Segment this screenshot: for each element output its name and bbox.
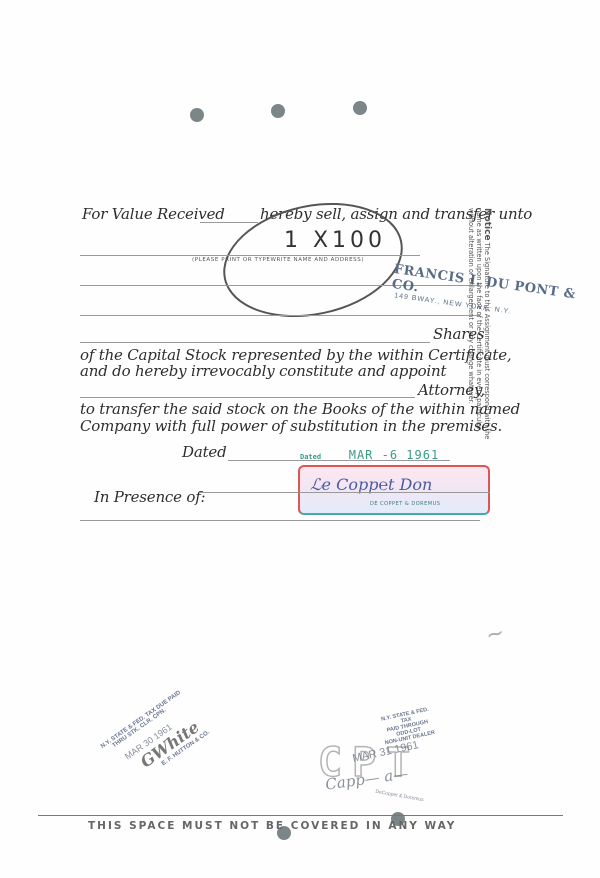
punch-hole xyxy=(190,108,204,122)
signature-guarantee-stamp: ℒe Copp℮t Don DE COPPET & DOREMUS xyxy=(298,465,490,515)
print-caption: (PLEASE PRINT OR TYPEWRITE NAME AND ADDR… xyxy=(192,257,364,263)
attorney-line xyxy=(80,397,415,398)
date-stamp-prefix: Dated xyxy=(300,453,321,461)
date-stamp: Dated MAR -6 1961 xyxy=(300,444,439,463)
in-presence-label: In Presence of: xyxy=(94,488,205,506)
attorney-label: Attorney, xyxy=(418,381,485,399)
perforation-cancel: CPT xyxy=(318,740,420,786)
punch-hole xyxy=(353,101,367,115)
dated-label: Dated xyxy=(182,443,226,461)
punch-hole xyxy=(271,104,285,118)
guarantee-firm: DE COPPET & DOREMUS xyxy=(370,501,440,507)
footer-warning: THIS SPACE MUST NOT BE COVERED IN ANY WA… xyxy=(88,820,456,832)
shares-label: Shares xyxy=(433,325,484,343)
pen-mark: ~ xyxy=(483,620,507,649)
shares-line xyxy=(80,342,430,343)
witness-line-2 xyxy=(80,520,480,521)
company-text: Company with full power of substitution … xyxy=(80,417,502,435)
appoint-text: and do hereby irrevocably constitute and… xyxy=(80,362,446,380)
tax-stamp-right-firm: DeCoppet & Doremus xyxy=(375,789,424,803)
assignee-handwritten: 1 X100 xyxy=(284,228,386,253)
assignee-line xyxy=(80,255,420,256)
date-stamp-date: MAR -6 1961 xyxy=(349,448,439,462)
address-line-2 xyxy=(80,315,480,316)
witness-line xyxy=(200,492,490,493)
for-value-received-text: For Value Received xyxy=(82,205,225,223)
notice-label: Notice xyxy=(482,208,492,241)
blank-line xyxy=(200,222,258,223)
tax-stamp-left: N.Y. STATE & FED. TAX DUE PAID THRU STK.… xyxy=(100,689,211,790)
transfer-text: to transfer the said stock on the Books … xyxy=(80,400,520,418)
broker-stamp: FRANCIS I. DU PONT & CO. 149 BWAY., NEW … xyxy=(390,262,598,327)
footer-rule xyxy=(38,815,563,816)
